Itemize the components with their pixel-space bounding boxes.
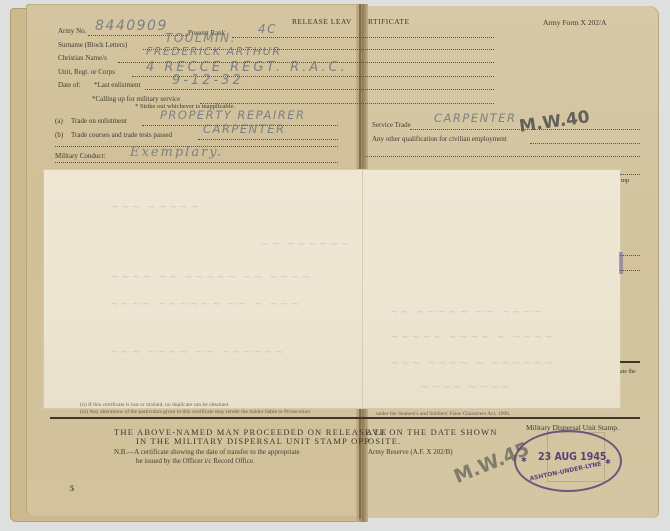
military-conduct-value: Exemplary. [130,145,223,160]
blank-line [365,156,640,157]
military-conduct-label: Military Conduct: [55,152,105,160]
show-through-text: ~~ ~~~~~~ [260,237,351,250]
show-through-text: ~~~~ ~~~~~~ ~~ ~ ~~~ [110,297,301,310]
christian-names-label: Christian Name/s [58,54,107,62]
purple-ink-mark [619,252,623,274]
nb-note-line2: be issued by the Officer i/c Record Offi… [136,457,255,465]
show-through-text: ~~~~ ~~ ~~~~~ ~~ ~~~~ [110,270,312,283]
trade-on-enlistment-label: Trade on enlistment [71,117,127,125]
unit-label: Unit, Regt. or Corps [58,68,115,76]
other-qualification-label: Any other qualification for civilian emp… [372,135,507,143]
page-number: 5 [70,484,74,493]
trade-courses-line [198,139,338,140]
military-conduct-line [55,162,338,163]
show-through-text: ~~ ~~~~~ ~~ ~~~~ [390,305,544,318]
date-of-label: Date of: [58,81,81,89]
stamp-star-right: ✱ [605,458,611,466]
release-notice-line2-left: IN THE MILITARY DISPERSAL UNIT STAMP OPP [136,436,370,446]
present-rank-value: 4C [258,22,277,36]
right-edge-line [620,255,640,256]
right-edge-line [620,270,640,271]
nb-note-left: N.B.—A certificate showing the date of t… [114,448,300,456]
trade-courses-label: Trade courses and trade tests passed [71,131,172,139]
stamp-star-left: ✱ [521,456,527,464]
last-enlistment-label: *Last enlistment [94,81,140,89]
trade-on-enlistment-value: PROPERTY REPAIRER [160,108,306,122]
last-enlistment-value: 9-12-32 [172,73,244,88]
army-no-label: Army No. [58,27,86,35]
nb-note-right: Army Reserve (A.F. X 202/B) [368,448,453,456]
release-notice-line2-right: OSITE. [368,436,401,446]
covering-paper-fold [362,170,363,408]
christian-names-value: FREDERICK ARTHUR [146,45,281,58]
show-through-text: ~~~ ~~~~~ [110,200,201,213]
show-through-text: ~~~ ~~~~ ~ ~~~~~~ [390,356,555,369]
trade-a-prefix: (a) [55,117,63,125]
service-trade-value: CARPENTER [434,111,516,125]
right-edge-fragment-top: mp [621,177,629,184]
calling-up-label: *Calling up for military service [92,95,180,103]
show-through-text: ~~~~ ~~~~ [420,380,511,393]
form-number: Army Form X 202/A [543,18,607,27]
surname-value: TOULMIN. [165,31,236,45]
certificate-title-right: RTIFICATE [368,17,410,26]
army-no-value: 8440909 [95,18,168,34]
last-enlistment-line [145,89,494,90]
other-qualification-line [530,143,640,144]
present-rank-line [232,37,494,38]
show-through-text: ~~~~~ ~~~~ ~ ~~~~ [390,330,555,343]
service-trade-label: Service Trade [372,121,411,129]
footnote-ii: (ii) If this certificate is lost or misl… [80,402,229,408]
trade-b-prefix: (b) [55,131,63,139]
show-through-text: ~~~ ~~~~ ~~ ~~~~~~ [110,345,286,358]
trade-courses-value: CARPENTER [203,122,285,136]
right-edge-line [620,174,640,175]
section-divider [50,417,640,419]
footnote-iii-left: (iii) Any alterations of the particulars… [80,409,310,415]
surname-label: Surname (Block Letters) [58,41,127,49]
right-edge-rule [620,361,640,363]
certificate-title-left: RELEASE LEAV [292,17,352,26]
right-edge-fragment-bottom: ate the [620,369,636,375]
calling-up-line [200,103,494,104]
